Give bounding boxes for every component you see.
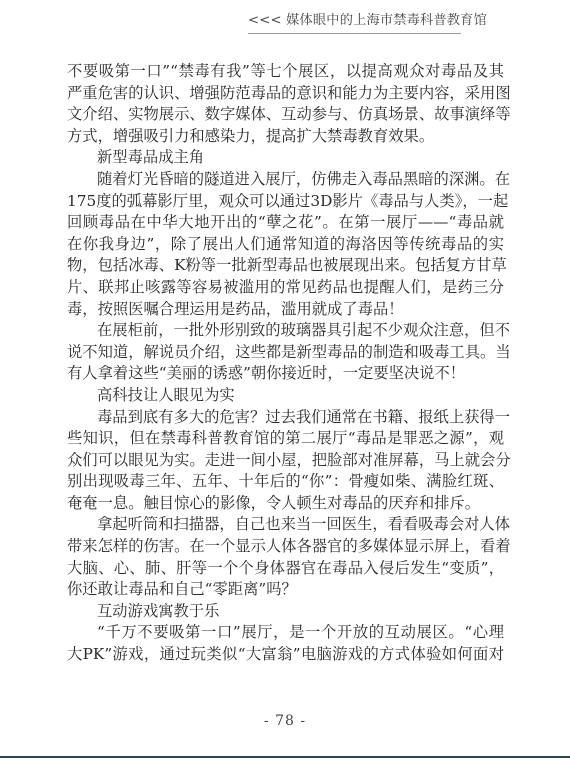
paragraph-line: 175度的弧幕影厅里，观众可以通过3D影片《毒品与人类》，一起 — [67, 191, 504, 213]
page-number: - 78 - — [0, 713, 570, 729]
paragraph-line: 毒品到底有多大的危害？过去我们通常在书籍、报纸上获得一 — [67, 407, 504, 429]
article-body: 不要吸第一口”“禁毒有我”等七个展区，以提高观众对毒品及其严重危害的认识、增强防… — [67, 61, 504, 666]
paragraph-line: 文介绍、实物展示、数字媒体、互动参与、仿真场景、故事演绎等 — [67, 104, 504, 126]
paragraph-line: “千万不要吸第一口”展厅，是一个开放的互动展区。“心理 — [67, 622, 504, 644]
paragraph-line: 物，包括冰毒、K粉等一批新型毒品也被展现出来。包括复方甘草 — [67, 255, 504, 277]
paragraph-line: 大PK”游戏，通过玩类似“大富翁”电脑游戏的方式体验如何面对 — [67, 644, 504, 666]
paragraph-line: 众们可以眼见为实。走进一间小屋，把脸部对准屏幕，马上就会分 — [67, 450, 504, 472]
paragraph-line: 些知识，但在禁毒科普教育馆的第二展厅“毒品是罪恶之源”，观 — [67, 428, 504, 450]
paragraph-line: 带来怎样的伤害。在一个显示人体各器官的多媒体显示屏上，看着 — [67, 536, 504, 558]
paragraph-line: 奄奄一息。触目惊心的影像，令人顿生对毒品的厌弃和排斥。 — [67, 493, 504, 515]
paragraph-line: 不要吸第一口”“禁毒有我”等七个展区，以提高观众对毒品及其 — [67, 61, 504, 83]
section-heading: 新型毒品成主角 — [67, 147, 504, 169]
paragraph-line: 拿起听筒和扫描器，自己也来当一回医生，看看吸毒会对人体 — [67, 514, 504, 536]
paragraph-line: 毒，按照医嘱合理运用是药品，滥用就成了毒品！ — [67, 299, 504, 321]
paragraph-line: 严重危害的认识、增强防范毒品的意识和能力为主要内容，采用图 — [67, 83, 504, 105]
paragraph-line: 说不知道，解说员介绍，这些都是新型毒品的制造和吸毒工具。当 — [67, 342, 504, 364]
paragraph-line: 随着灯光昏暗的隧道进入展厅，仿佛走入毒品黑暗的深渊。在 — [67, 169, 504, 191]
paragraph-line: 片、联邦止咳露等容易被滥用的常见药品也提醒人们，是药三分 — [67, 277, 504, 299]
section-heading: 互动游戏寓教于乐 — [67, 601, 504, 623]
paragraph-line: 在展柜前，一批外形别致的玻璃器具引起不少观众注意，但不 — [67, 320, 504, 342]
paragraph-line: 在你我身边”，除了展出人们通常知道的海洛因等传统毒品的实 — [67, 234, 504, 256]
paragraph-line: 大脑、心、肺、肝等一个个身体器官在毒品入侵后发生“变质”， — [67, 558, 504, 580]
running-header-title: <<< 媒体眼中的上海市禁毒科普教育馆 — [248, 9, 461, 34]
paragraph-line: 别出现吸毒三年、五年、十年后的“你”：骨瘦如柴、满脸红斑、 — [67, 471, 504, 493]
paragraph-line: 方式，增强吸引力和感染力，提高扩大禁毒教育效果。 — [67, 126, 504, 148]
section-heading: 高科技让人眼见为实 — [67, 385, 504, 407]
paragraph-line: 回顾毒品在中华大地开出的“孽之花”。在第一展厅——“毒品就 — [67, 212, 504, 234]
paragraph-line: 你还敢让毒品和自己“零距离”吗？ — [67, 579, 504, 601]
paragraph-line: 有人拿着这些“美丽的诱惑”朝你接近时，一定要坚决说不！ — [67, 363, 504, 385]
